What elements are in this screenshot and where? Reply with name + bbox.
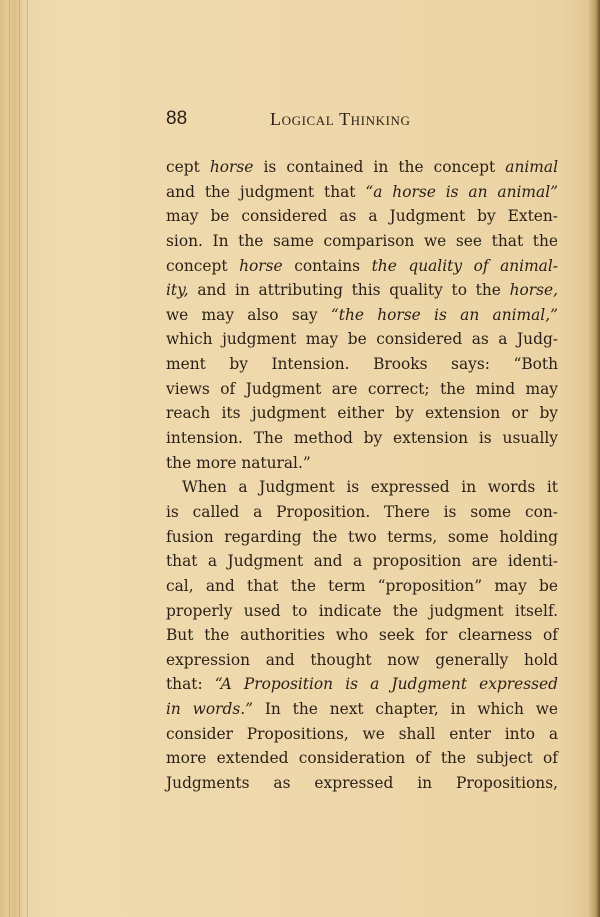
text-line: fusion regarding the two terms, some hol…	[166, 525, 558, 550]
text-run: When a Judgment is expressed in words it	[182, 478, 558, 496]
text-run: may be considered as a Judgment by Exten…	[166, 207, 558, 225]
book-page: 88 Logical Thinking cept horse is contai…	[0, 0, 600, 917]
text-line: cal, and that the term “proposition” may…	[166, 574, 558, 599]
text-run: But the authorities who seek for clearne…	[166, 626, 558, 644]
italic-text: “the horse is an animal,”	[331, 306, 558, 324]
italic-text: horse	[239, 257, 283, 275]
text-line: and the judgment that “a horse is an ani…	[166, 180, 558, 205]
italic-text: horse,	[510, 281, 558, 299]
text-line: cept horse is contained in the concept a…	[166, 155, 558, 180]
text-run: Judgments as expressed in Propositions,	[166, 774, 558, 792]
italic-text: in words.”	[166, 700, 253, 718]
text-line: may be considered as a Judgment by Exten…	[166, 204, 558, 229]
text-run: reach its judgment either by extension o…	[166, 404, 558, 422]
text-line: But the authorities who seek for clearne…	[166, 623, 558, 648]
text-run: is called a Proposition. There is some c…	[166, 503, 558, 521]
paragraph: cept horse is contained in the concept a…	[166, 155, 558, 475]
text-line: is called a Proposition. There is some c…	[166, 500, 558, 525]
text-run: fusion regarding the two terms, some hol…	[166, 528, 558, 546]
text-line: Judgments as expressed in Propositions,	[166, 771, 558, 796]
text-run: that:	[166, 675, 215, 693]
binding-crease	[19, 0, 20, 917]
text-line: more extended consideration of the subje…	[166, 746, 558, 771]
text-line: expression and thought now generally hol…	[166, 648, 558, 673]
text-run: In the next chapter, in which we	[253, 700, 558, 718]
text-run: consider Propositions, we shall enter in…	[166, 725, 558, 743]
text-run: and in attributing this quality to the	[189, 281, 510, 299]
text-run: sion. In the same comparison we see that…	[166, 232, 558, 250]
text-line: intension. The method by extension is us…	[166, 426, 558, 451]
binding-crease	[9, 0, 10, 917]
text-line: views of Judgment are correct; the mind …	[166, 377, 558, 402]
text-run: ment by Intension. Brooks says: “Both	[166, 355, 558, 373]
text-run: properly used to indicate the judgment i…	[166, 602, 558, 620]
text-run: is contained in the concept	[253, 158, 505, 176]
page-number: 88	[166, 108, 187, 130]
italic-text: “a horse is an animal”	[365, 183, 558, 201]
text-run: more extended consideration of the subje…	[166, 749, 558, 767]
italic-text: “A Proposition is a Judgment expressed	[215, 675, 558, 693]
body-text: cept horse is contained in the concept a…	[166, 155, 558, 796]
text-run: the more natural.”	[166, 454, 311, 472]
text-run: and the judgment that	[166, 183, 365, 201]
text-run: concept	[166, 257, 239, 275]
running-head: 88 Logical Thinking	[166, 108, 558, 134]
text-run: cept	[166, 158, 210, 176]
text-run: contains	[283, 257, 372, 275]
italic-text: ity,	[166, 281, 189, 299]
text-line: the more natural.”	[166, 451, 558, 476]
text-line: properly used to indicate the judgment i…	[166, 599, 558, 624]
text-line: ment by Intension. Brooks says: “Both	[166, 352, 558, 377]
text-line: which judgment may be considered as a Ju…	[166, 327, 558, 352]
text-line: ity, and in attributing this quality to …	[166, 278, 558, 303]
binding-crease	[27, 0, 28, 917]
text-line: When a Judgment is expressed in words it	[166, 475, 558, 500]
text-run: cal, and that the term “proposition” may…	[166, 577, 558, 595]
text-line: that: “A Proposition is a Judgment expre…	[166, 672, 558, 697]
text-run: expression and thought now generally hol…	[166, 651, 558, 669]
text-line: sion. In the same comparison we see that…	[166, 229, 558, 254]
italic-text: animal	[505, 158, 558, 176]
italic-text: the quality of animal-	[372, 257, 558, 275]
text-line: reach its judgment either by extension o…	[166, 401, 558, 426]
text-line: that a Judgment and a proposition are id…	[166, 549, 558, 574]
text-line: in words.” In the next chapter, in which…	[166, 697, 558, 722]
text-run: which judgment may be considered as a Ju…	[166, 330, 558, 348]
text-line: we may also say “the horse is an animal,…	[166, 303, 558, 328]
running-title: Logical Thinking	[270, 109, 410, 130]
italic-text: horse	[210, 158, 254, 176]
text-run: views of Judgment are correct; the mind …	[166, 380, 558, 398]
text-line: consider Propositions, we shall enter in…	[166, 722, 558, 747]
paragraph: When a Judgment is expressed in words it…	[166, 475, 558, 795]
text-run: intension. The method by extension is us…	[166, 429, 558, 447]
text-line: concept horse contains the quality of an…	[166, 254, 558, 279]
text-run: we may also say	[166, 306, 331, 324]
text-run: that a Judgment and a proposition are id…	[166, 552, 558, 570]
